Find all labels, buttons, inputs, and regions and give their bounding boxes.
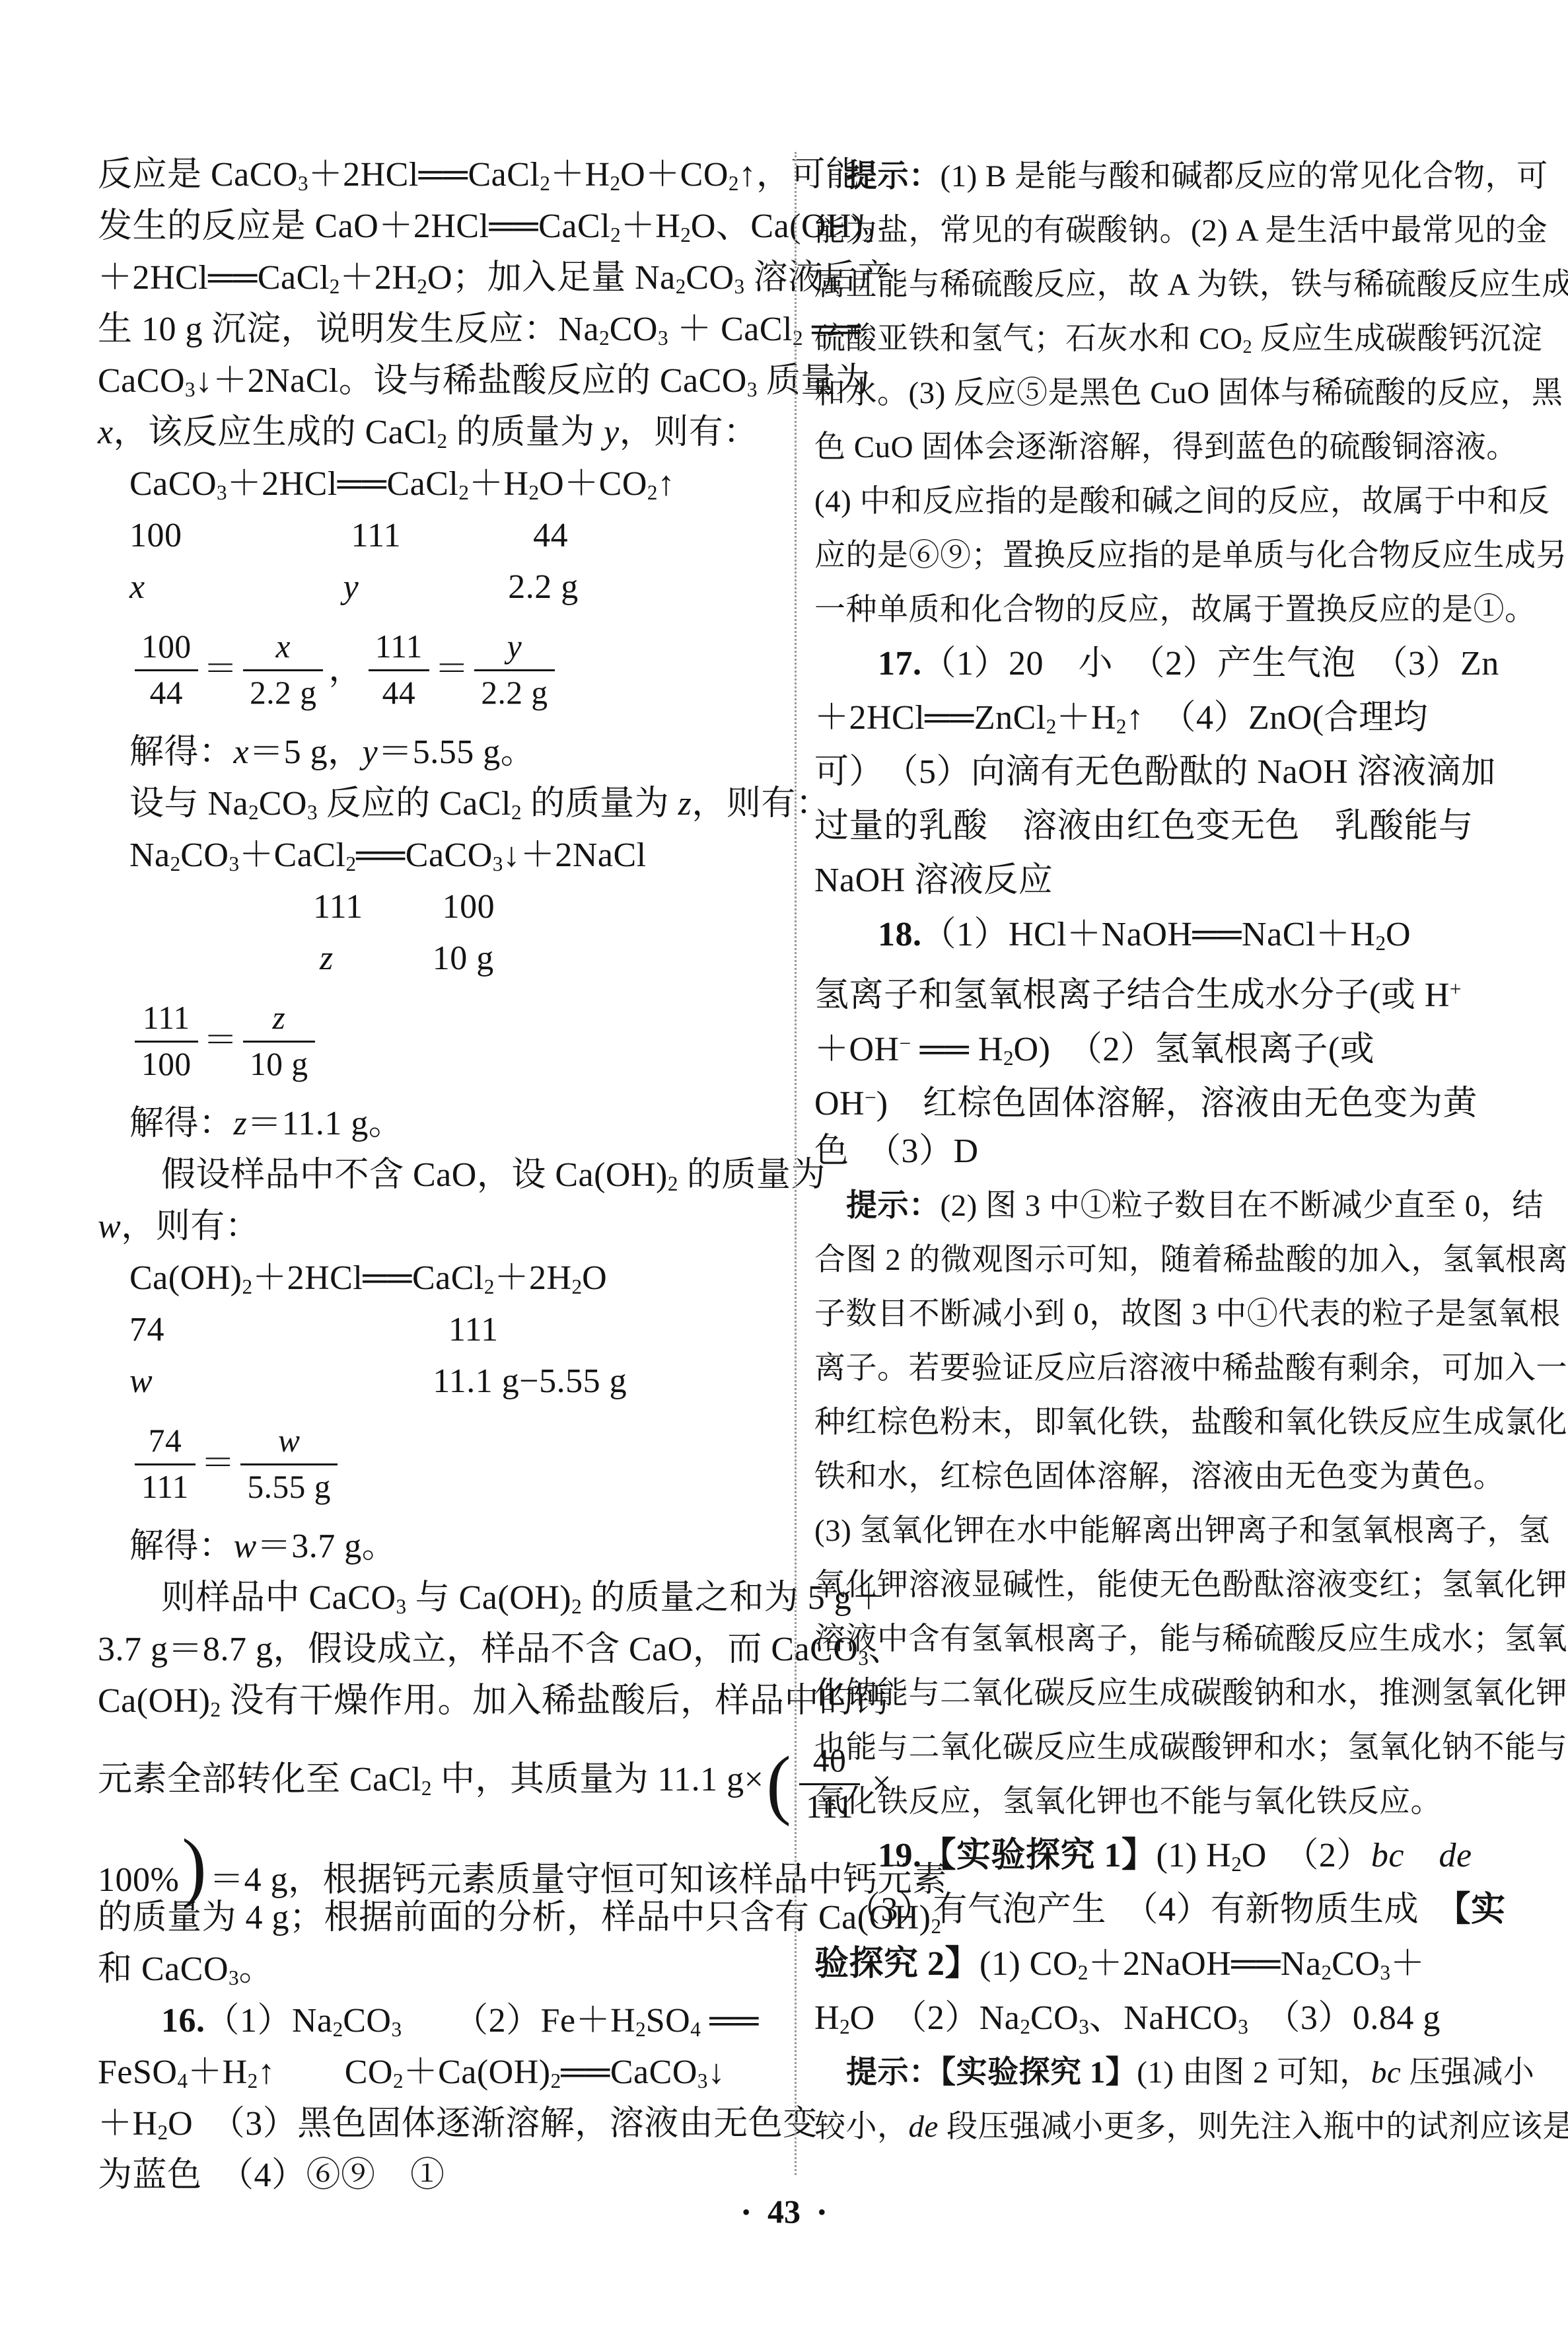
text-run: 10 g xyxy=(433,940,494,977)
page-number-left-dot: • xyxy=(725,2199,767,2225)
text-line: 18.（1）HCl＋NaOH══NaCl＋H2O xyxy=(814,908,1507,962)
text-run: 解得：x＝5 g，y＝5.55 g。 xyxy=(129,733,535,771)
text-line: NaOH 溶液反应 xyxy=(814,854,1507,908)
hint-text-line: 属且能与稀硫酸反应，故 A 为铁，铁与稀硫酸反应生成 xyxy=(814,258,1507,312)
hint-text-line: 氧化钾溶液显碱性，能使无色酚酞溶液变红；氢氧化钾 xyxy=(814,1558,1507,1612)
text-line: （3）有气泡产生 （4）有新物质生成 【实 xyxy=(814,1883,1507,1937)
text-line: 111100＝z10 g xyxy=(98,984,771,1098)
text-run: 色 CuO 固体会逐渐溶解，得到蓝色的硫酸铜溶液。 xyxy=(814,430,1518,464)
text-line: 过量的乳酸 溶液由红色变无色 乳酸能与 xyxy=(814,799,1507,854)
text-run: (4) 中和反应指的是酸和碱之间的反应，故属于中和反 xyxy=(814,484,1550,519)
text-run: ， xyxy=(328,613,363,727)
text-run: 化钠能与二氧化碳反应生成碳酸钠和水，推测氢氧化钾 xyxy=(814,1676,1567,1711)
fraction: w5.55 g xyxy=(240,1419,337,1509)
text-run: NaOH 溶液反应 xyxy=(814,862,1053,899)
text-run: ＋2HCl══CaCl2＋2H2O；加入足量 Na2CO3 溶液后产 xyxy=(98,259,892,297)
text-run: 发生的反应是 CaO＋2HCl══CaCl2＋H2O、Ca(OH)2 xyxy=(98,207,874,245)
text-line: xy2.2 g xyxy=(98,562,771,613)
right-column: 提示：(1) B 是能与酸和碱都反应的常见化合物，可能为盐，常见的有碳酸钠。(2… xyxy=(814,149,1507,2154)
hint-text-line: 铁和水，红棕色固体溶解，溶液由无色变为黄色。 xyxy=(814,1450,1507,1504)
text-run: 离子。若要验证反应后溶液中稀盐酸有剩余，可加入一 xyxy=(814,1351,1567,1385)
book-page: 反应是 CaCO3＋2HCl══CaCl2＋H2O＋CO2↑，可能发生的反应是 … xyxy=(0,0,1568,2325)
text-run: 18.（1）HCl＋NaOH══NaCl＋H2O xyxy=(878,916,1411,953)
hint-text-line: 氧化铁反应，氢氧化钾也不能与氧化铁反应。 xyxy=(814,1775,1507,1829)
text-line: ＋H2O （3）黑色固体逐渐溶解，溶液由无色变 xyxy=(98,2098,771,2150)
text-run: 和水。(3) 反应⑤是黑色 CuO 固体与稀硫酸的反应，黑 xyxy=(814,376,1563,410)
text-run: 合图 2 的微观图示可知，随着稀盐酸的加入，氢氧根离 xyxy=(814,1243,1568,1277)
text-line: 反应是 CaCO3＋2HCl══CaCl2＋H2O＋CO2↑，可能 xyxy=(98,149,771,201)
text-run: Na2CO3＋CaCl2══CaCO3↓＋2NaCl xyxy=(129,836,647,874)
text-run: 100 xyxy=(443,888,495,926)
hint-text-line: 提示：【实验探究 1】(1) 由图 2 可知，bc 压强减小 xyxy=(814,2046,1507,2100)
text-run: 19.【实验探究 1】(1) H2O （2）bc de xyxy=(878,1837,1472,1874)
text-run: ＝ xyxy=(435,613,470,727)
text-run: Ca(OH)2 没有干燥作用。加入稀盐酸后，样品中的钙 xyxy=(98,1682,888,1720)
hint-text-line: 较小，de 段压强减小更多，则先注入瓶中的试剂应该是 xyxy=(814,2100,1507,2154)
text-line: z10 g xyxy=(98,933,771,984)
hint-text-line: 种红棕色粉末，即氧化铁，盐酸和氧化铁反应生成氯化 xyxy=(814,1395,1507,1450)
text-run: x，该反应生成的 CaCl2 的质量为 y，则有： xyxy=(98,414,758,451)
text-line: 100%)＝4 g，根据钙元素质量守恒可知该样品中钙元素 xyxy=(98,1841,771,1892)
hint-text-line: 离子。若要验证反应后溶液中稀盐酸有剩余，可加入一 xyxy=(814,1341,1507,1395)
hint-text-line: 应的是⑥⑨；置换反应指的是单质与化合物反应生成另 xyxy=(814,529,1507,583)
text-line: 解得：x＝5 g，y＝5.55 g。 xyxy=(98,727,771,778)
text-run: 111 xyxy=(313,888,363,926)
text-run: 111 xyxy=(448,1311,499,1348)
text-line: w11.1 g−5.55 g xyxy=(98,1356,771,1407)
hint-text-line: 提示：(1) B 是能与酸和碱都反应的常见化合物，可 xyxy=(814,149,1507,203)
fraction: z10 g xyxy=(243,996,314,1086)
text-run: 铁和水，红棕色固体溶解，溶液由无色变为黄色。 xyxy=(814,1459,1505,1494)
text-line: H2O （2）Na2CO3、NaHCO3 （3）0.84 g xyxy=(814,1991,1507,2046)
text-run: 提示：(2) 图 3 中①粒子数目在不断减少直至 0，结 xyxy=(846,1189,1544,1223)
text-line: 假设样品中不含 CaO，设 Ca(OH)2 的质量为 xyxy=(98,1150,771,1201)
text-run: Ca(OH)2＋2HCl══CaCl2＋2H2O xyxy=(129,1259,607,1297)
text-line: CaCO3↓＋2NaCl。设与稀盐酸反应的 CaCO3 质量为 xyxy=(98,355,771,407)
text-line: 17.（1）20 小 （2）产生气泡 （3）Zn xyxy=(814,637,1507,691)
page-number-right-dot: • xyxy=(801,2199,843,2225)
text-line: 74111 xyxy=(98,1304,771,1356)
text-line: w，则有： xyxy=(98,1201,771,1253)
text-line: 发生的反应是 CaO＋2HCl══CaCl2＋H2O、Ca(OH)2 xyxy=(98,201,771,252)
text-line: ＋2HCl══CaCl2＋2H2O；加入足量 Na2CO3 溶液后产 xyxy=(98,252,771,304)
text-run: 属且能与稀硫酸反应，故 A 为铁，铁与稀硫酸反应生成 xyxy=(814,268,1568,302)
text-run: 111 xyxy=(351,517,402,554)
text-run: 验探究 2】(1) CO2＋2NaOH══Na2CO3＋ xyxy=(814,1945,1425,1983)
text-line: x，该反应生成的 CaCl2 的质量为 y，则有： xyxy=(98,407,771,459)
text-run: z xyxy=(320,940,334,977)
text-line: 氢离子和氢氧根离子结合生成水分子(或 H+ xyxy=(814,962,1507,1016)
text-line: 74111＝w5.55 g xyxy=(98,1407,771,1521)
text-run: FeSO4＋H2↑ CO2＋Ca(OH)2══CaCO3↓ xyxy=(98,2053,725,2091)
text-line: ＋2HCl══ZnCl2＋H2↑ （4）ZnO(合理均 xyxy=(814,691,1507,745)
text-run: 为蓝色 （4）⑥⑨ ① xyxy=(98,2157,445,2194)
text-run: 3.7 g＝8.7 g，假设成立，样品不含 CaO，而 CaCO3、 xyxy=(98,1631,903,1668)
fraction: y2.2 g xyxy=(474,625,554,715)
text-run: 提示：(1) B 是能与酸和碱都反应的常见化合物，可 xyxy=(846,159,1548,194)
fraction: 111100 xyxy=(135,996,198,1086)
text-line: CaCO3＋2HCl══CaCl2＋H2O＋CO2↑ xyxy=(98,459,771,510)
text-run: 生 10 g 沉淀，说明发生反应：Na2CO3 ＋ CaCl2 ══ xyxy=(98,311,861,348)
text-line: Ca(OH)2＋2HCl══CaCl2＋2H2O xyxy=(98,1253,771,1304)
text-run: w xyxy=(129,1362,153,1400)
text-line: 和 CaCO3。 xyxy=(98,1944,771,1995)
text-run: y xyxy=(343,568,359,606)
hint-text-line: 溶液中含有氢氧根离子，能与稀硫酸反应生成水；氢氧 xyxy=(814,1612,1507,1666)
text-line: 生 10 g 沉淀，说明发生反应：Na2CO3 ＋ CaCl2 ══ xyxy=(98,304,771,355)
text-line: 111100 xyxy=(98,881,771,933)
hint-text-line: 化钠能与二氧化碳反应生成碳酸钠和水，推测氢氧化钾 xyxy=(814,1666,1507,1720)
text-run: ＋OH− ══ H2O) （2）氢氧根离子(或 xyxy=(814,1031,1374,1068)
hint-text-line: 色 CuO 固体会逐渐溶解，得到蓝色的硫酸铜溶液。 xyxy=(814,420,1507,474)
text-line: FeSO4＋H2↑ CO2＋Ca(OH)2══CaCO3↓ xyxy=(98,2047,771,2098)
text-line: Na2CO3＋CaCl2══CaCO3↓＋2NaCl xyxy=(98,830,771,881)
text-run: 解得：w＝3.7 g。 xyxy=(129,1528,396,1565)
fraction: 11144 xyxy=(369,625,429,715)
text-run: 反应是 CaCO3＋2HCl══CaCl2＋H2O＋CO2↑，可能 xyxy=(98,156,861,194)
text-run: 则样品中 CaCO3 与 Ca(OH)2 的质量之和为 5 g＋ xyxy=(161,1579,886,1617)
hint-text-line: 硫酸亚铁和氢气；石灰水和 CO2 反应生成碳酸钙沉淀 xyxy=(814,312,1507,366)
text-run: 过量的乳酸 溶液由红色变无色 乳酸能与 xyxy=(814,807,1474,845)
text-run: x xyxy=(129,568,145,606)
text-line: 解得：w＝3.7 g。 xyxy=(98,1521,771,1572)
text-run: 17.（1）20 小 （2）产生气泡 （3）Zn xyxy=(878,645,1499,683)
fraction: 74111 xyxy=(135,1419,196,1509)
text-line: 验探究 2】(1) CO2＋2NaOH══Na2CO3＋ xyxy=(814,1937,1507,1991)
hint-text-line: 一种单质和化合物的反应，故属于置换反应的是①。 xyxy=(814,583,1507,637)
text-run: 提示：【实验探究 1】(1) 由图 2 可知，bc 压强减小 xyxy=(846,2055,1534,2090)
text-run: 也能与二氧化碳反应生成碳酸钾和水；氢氧化钠不能与 xyxy=(814,1730,1567,1765)
text-line: ＋OH− ══ H2O) （2）氢氧根离子(或 xyxy=(814,1016,1507,1070)
text-run: 较小，de 段压强减小更多，则先注入瓶中的试剂应该是 xyxy=(814,2110,1568,2144)
text-run: 硫酸亚铁和氢气；石灰水和 CO2 反应生成碳酸钙沉淀 xyxy=(814,322,1542,356)
text-run: OH−) 红棕色固体溶解，溶液由无色变为黄 xyxy=(814,1085,1478,1123)
column-divider xyxy=(795,152,797,2175)
text-run: 设与 Na2CO3 反应的 CaCl2 的质量为 z，则有： xyxy=(129,785,830,823)
fraction: 10044 xyxy=(135,625,198,715)
text-line: 色 （3）D xyxy=(814,1125,1507,1179)
text-line: 19.【实验探究 1】(1) H2O （2）bc de xyxy=(814,1829,1507,1883)
text-run: 44 xyxy=(533,517,568,554)
hint-text-line: 合图 2 的微观图示可知，随着稀盐酸的加入，氢氧根离 xyxy=(814,1233,1507,1287)
text-run: ＝ xyxy=(203,613,238,727)
text-line: 10011144 xyxy=(98,510,771,562)
text-line: 解得：z＝11.1 g。 xyxy=(98,1098,771,1150)
text-run: H2O （2）Na2CO3、NaHCO3 （3）0.84 g xyxy=(814,1999,1441,2037)
text-run: 11.1 g−5.55 g xyxy=(433,1362,627,1400)
left-column: 反应是 CaCO3＋2HCl══CaCl2＋H2O＋CO2↑，可能发生的反应是 … xyxy=(98,149,771,2201)
text-run: 氢离子和氢氧根离子结合生成水分子(或 H+ xyxy=(814,977,1461,1014)
text-run: （3）有气泡产生 （4）有新物质生成 【实 xyxy=(846,1891,1506,1929)
hint-text-line: 提示：(2) 图 3 中①粒子数目在不断减少直至 0，结 xyxy=(814,1179,1507,1233)
text-run: 子数目不断减小到 0，故图 3 中①代表的粒子是氢氧根 xyxy=(814,1297,1561,1331)
text-line: 可） （5）向滴有无色酚酞的 NaOH 溶液滴加 xyxy=(814,745,1507,799)
hint-text-line: 能为盐，常见的有碳酸钠。(2) A 是生活中最常见的金 xyxy=(814,203,1507,258)
text-run: w，则有： xyxy=(98,1208,260,1245)
text-line: OH−) 红棕色固体溶解，溶液由无色变为黄 xyxy=(814,1070,1507,1125)
page-number-value: 43 xyxy=(767,2193,801,2230)
text-run: 16.（1）Na2CO3 （2）Fe＋H2SO4 ══ xyxy=(161,2002,759,2040)
text-line: 3.7 g＝8.7 g，假设成立，样品不含 CaO，而 CaCO3、 xyxy=(98,1624,771,1676)
text-run: CaCO3↓＋2NaCl。设与稀盐酸反应的 CaCO3 质量为 xyxy=(98,362,870,400)
text-run: 2.2 g xyxy=(508,568,579,606)
text-run: 100 xyxy=(129,517,182,554)
text-run: 氧化钾溶液显碱性，能使无色酚酞溶液变红；氢氧化钾 xyxy=(814,1568,1567,1602)
hint-text-line: 和水。(3) 反应⑤是黑色 CuO 固体与稀硫酸的反应，黑 xyxy=(814,366,1507,420)
text-line: 设与 Na2CO3 反应的 CaCl2 的质量为 z，则有： xyxy=(98,778,771,830)
text-run: 氧化铁反应，氢氧化钾也不能与氧化铁反应。 xyxy=(814,1785,1442,1819)
text-run: 可） （5）向滴有无色酚酞的 NaOH 溶液滴加 xyxy=(814,753,1496,791)
hint-text-line: (4) 中和反应指的是酸和碱之间的反应，故属于中和反 xyxy=(814,474,1507,529)
fraction: x2.2 g xyxy=(243,625,323,715)
text-run: 74 xyxy=(129,1311,164,1348)
text-run: 和 CaCO3。 xyxy=(98,1950,273,1988)
text-run: 溶液中含有氢氧根离子，能与稀硫酸反应生成水；氢氧 xyxy=(814,1622,1567,1656)
text-run: 假设样品中不含 CaO，设 Ca(OH)2 的质量为 xyxy=(161,1156,826,1194)
page-number: •43• xyxy=(0,2192,1568,2238)
text-run: 色 （3）D xyxy=(814,1132,979,1170)
text-run: ＋H2O （3）黑色固体逐渐溶解，溶液由无色变 xyxy=(98,2105,818,2143)
text-line: 10044＝x2.2 g，11144＝y2.2 g xyxy=(98,613,771,727)
text-line: Ca(OH)2 没有干燥作用。加入稀盐酸后，样品中的钙 xyxy=(98,1676,771,1727)
text-run: CaCO3＋2HCl══CaCl2＋H2O＋CO2↑ xyxy=(129,465,675,503)
text-run: 应的是⑥⑨；置换反应指的是单质与化合物反应生成另 xyxy=(814,538,1567,573)
text-run: ＝ xyxy=(201,1407,236,1521)
text-run: 解得：z＝11.1 g。 xyxy=(129,1105,403,1142)
text-run: ＋2HCl══ZnCl2＋H2↑ （4）ZnO(合理均 xyxy=(814,699,1428,737)
text-run: ＝ xyxy=(203,984,238,1098)
text-run: 能为盐，常见的有碳酸钠。(2) A 是生活中最常见的金 xyxy=(814,213,1548,248)
hint-text-line: (3) 氢氧化钾在水中能解离出钾离子和氢氧根离子，氢 xyxy=(814,1504,1507,1558)
text-run: ( xyxy=(766,1724,791,1844)
text-line: 16.（1）Na2CO3 （2）Fe＋H2SO4 ══ xyxy=(98,1995,771,2047)
text-line: 则样品中 CaCO3 与 Ca(OH)2 的质量之和为 5 g＋ xyxy=(98,1572,771,1624)
text-run: ) xyxy=(182,1839,207,1894)
text-run: 种红棕色粉末，即氧化铁，盐酸和氧化铁反应生成氯化 xyxy=(814,1405,1567,1440)
text-run: 一种单质和化合物的反应，故属于置换反应的是①。 xyxy=(814,593,1536,627)
text-run: (3) 氢氧化钾在水中能解离出钾离子和氢氧根离子，氢 xyxy=(814,1514,1550,1548)
hint-text-line: 子数目不断减小到 0，故图 3 中①代表的粒子是氢氧根 xyxy=(814,1287,1507,1341)
hint-text-line: 也能与二氧化碳反应生成碳酸钾和水；氢氧化钠不能与 xyxy=(814,1720,1507,1775)
